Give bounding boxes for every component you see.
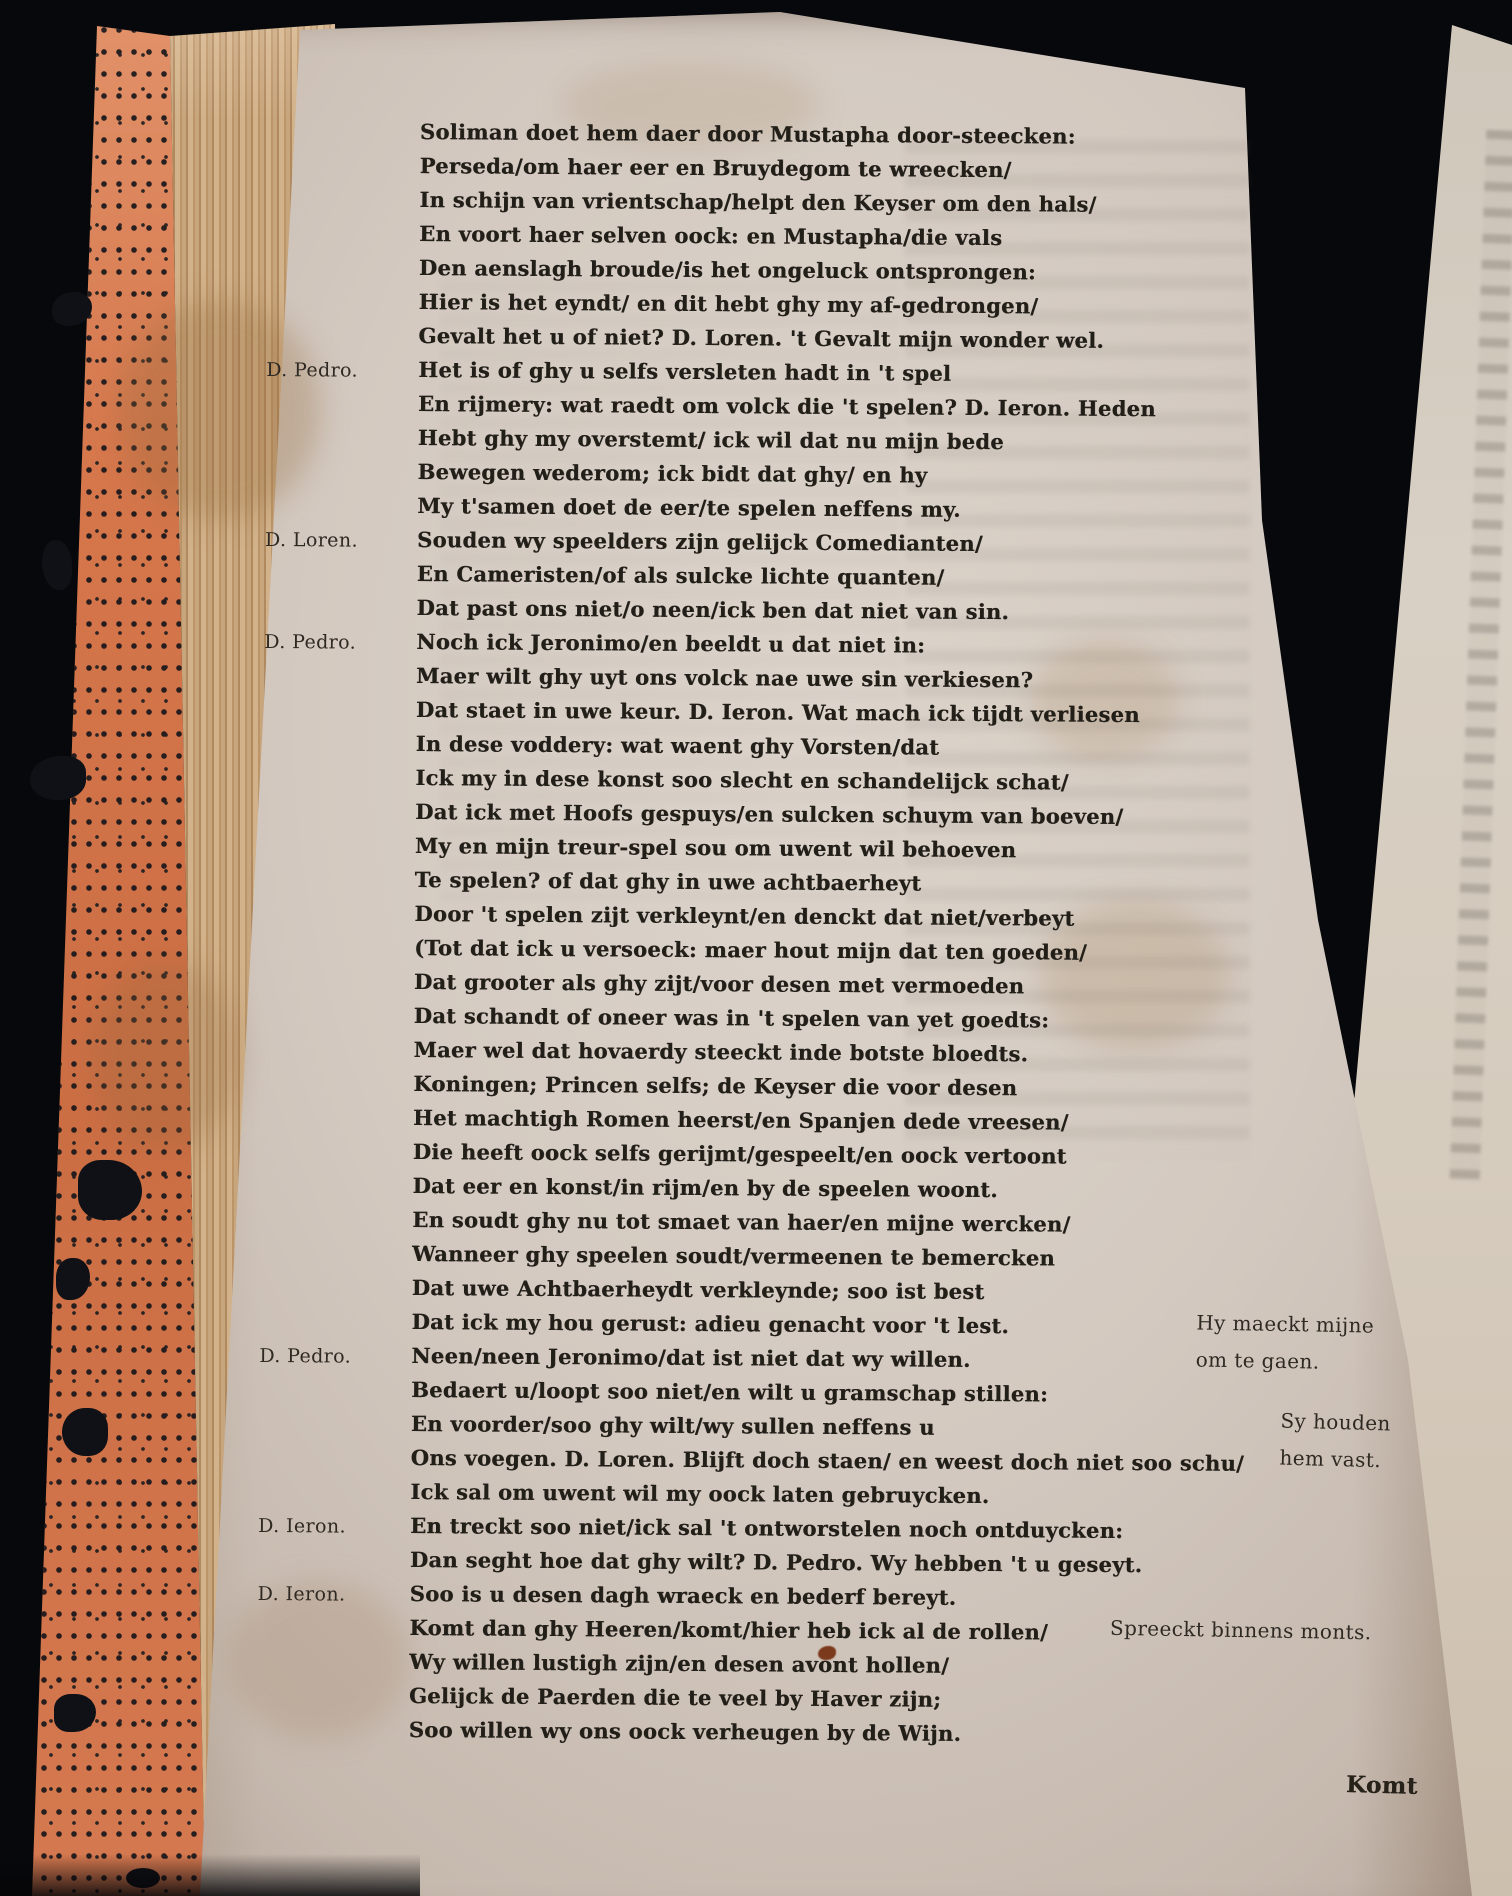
- speaker-label: D. Pedro.: [266, 359, 358, 382]
- stage-direction-line: hem vast.: [1279, 1440, 1390, 1480]
- verse-text: Het is of ghy u selfs versleten hadt in …: [418, 357, 951, 386]
- verse-text: Hier is het eyndt/ en dit hebt ghy my af…: [419, 289, 1039, 318]
- catchword: Komt: [1346, 1771, 1418, 1800]
- verse-text: Maer wel dat hovaerdy steeckt inde botst…: [413, 1037, 1028, 1066]
- speaker-label: D. Pedro.: [259, 1345, 351, 1368]
- stage-direction-line: Hy maeckt mijne: [1196, 1304, 1374, 1344]
- stage-direction: Sy houden hem vast.: [1279, 1403, 1391, 1480]
- speaker-label: D. Loren.: [265, 529, 358, 552]
- ink-spot: [62, 1408, 108, 1456]
- verse-lines: Soliman doet hem daer door Mustapha door…: [257, 118, 1388, 1758]
- ink-spot: [78, 1160, 142, 1220]
- verse-text: En voort haer selven oock: en Mustapha/d…: [419, 221, 1002, 250]
- verse-text: (Tot dat ick u versoeck: maer hout mijn …: [414, 935, 1087, 965]
- verse-text: Dat eer en konst/in rijm/en by de speele…: [412, 1173, 998, 1202]
- stage-direction-line: Sy houden: [1280, 1403, 1391, 1443]
- verse-text: In schijn van vrientschap/helpt den Keys…: [419, 187, 1096, 217]
- verse-text: Dat grooter als ghy zijt/voor desen met …: [414, 969, 1024, 998]
- verse-text: Dat ick my hou gerust: adieu genacht voo…: [412, 1309, 1010, 1338]
- verse-text: Dat staet in uwe keur. D. Ieron. Wat mac…: [416, 697, 1140, 727]
- verse-text: Soo willen wy ons oock verheugen by de W…: [409, 1717, 962, 1746]
- verse-text: Gevalt het u of niet? D. Loren. 't Geval…: [418, 323, 1104, 353]
- ink-spot: [30, 756, 86, 800]
- verse-text: En Cameristen/of als sulcke lichte quant…: [417, 561, 945, 590]
- verse-text: In dese voddery: wat waent ghy Vorsten/d…: [416, 731, 940, 760]
- verse-text: Te spelen? of dat ghy in uwe achtbaerhey…: [415, 867, 922, 896]
- stage-direction-line: om te gaen.: [1195, 1341, 1373, 1381]
- verse-text: Wanneer ghy speelen soudt/vermeenen te b…: [412, 1241, 1055, 1270]
- verse-text: Souden wy speelders zijn gelijck Comedia…: [417, 527, 983, 556]
- verse-text: Den aenslagh broude/is het ongeluck onts…: [419, 255, 1036, 284]
- ink-spot: [42, 540, 72, 590]
- verse-text: Dat schandt of oneer was in 't spelen va…: [414, 1003, 1050, 1032]
- verse-text: Die heeft oock selfs gerijmt/gespeelt/en…: [413, 1139, 1067, 1169]
- verse-text: My t'samen doet de eer/te spelen neffens…: [417, 493, 961, 522]
- verse-text: Bedaert u/loopt soo niet/en wilt u grams…: [411, 1377, 1048, 1406]
- verse-text: En soudt ghy nu tot smaet van haer/en mi…: [412, 1207, 1070, 1237]
- verse-text: My en mijn treur-spel sou om uwent wil b…: [415, 833, 1016, 862]
- stage-direction: Spreeckt binnens monts.: [1110, 1610, 1372, 1652]
- verse-text: Het machtigh Romen heerst/en Spanjen ded…: [413, 1105, 1069, 1135]
- verse-text: En voorder/soo ghy wilt/wy sullen neffen…: [411, 1411, 935, 1440]
- verse-text: Door 't spelen zijt verkleynt/en denckt …: [414, 901, 1074, 931]
- verse-text: Ons voegen. D. Loren. Blijft doch staen/…: [411, 1445, 1245, 1476]
- verse-text: Soliman doet hem daer door Mustapha door…: [420, 119, 1076, 149]
- verse-text: Maer wilt ghy uyt ons volck nae uwe sin …: [416, 663, 1033, 692]
- speaker-label: D. Pedro.: [264, 631, 356, 654]
- verse-text: Dan seght hoe dat ghy wilt? D. Pedro. Wy…: [410, 1547, 1142, 1577]
- verse-text: Wy willen lustigh zijn/en desen avont ho…: [409, 1649, 949, 1678]
- stage-direction: Hy maeckt mijne om te gaen.: [1195, 1304, 1374, 1381]
- speaker-label: D. Ieron.: [258, 1583, 346, 1606]
- bottom-shadow: [0, 1854, 420, 1896]
- book-photo: Soliman doet hem daer door Mustapha door…: [0, 0, 1512, 1896]
- verse-text: En treckt soo niet/ick sal 't ontworstel…: [410, 1513, 1123, 1543]
- verse-text: En rijmery: wat raedt om volck die 't sp…: [418, 391, 1156, 421]
- verse-text: Komt dan ghy Heeren/komt/hier heb ick al…: [409, 1615, 1048, 1644]
- verse-text: Soo is u desen dagh wraeck en bederf ber…: [410, 1581, 957, 1610]
- verse-text: Dat ick met Hoofs gespuys/en sulcken sch…: [415, 799, 1123, 829]
- verse-text: Dat uwe Achtbaerheydt verkleynde; soo is…: [412, 1275, 985, 1304]
- verse-text: Koningen; Princen selfs; de Keyser die v…: [413, 1071, 1017, 1100]
- verse-text: Bewegen wederom; ick bidt dat ghy/ en hy: [417, 459, 927, 488]
- verse-text: Ick my in dese konst soo slecht en schan…: [415, 765, 1068, 795]
- verse-text: Dat past ons niet/o neen/ick ben dat nie…: [416, 595, 1009, 624]
- ink-spot: [52, 292, 92, 326]
- verse-text: Gelijck de Paerden die te veel by Haver …: [409, 1683, 941, 1712]
- stain: [90, 960, 240, 1150]
- verse-text: Noch ick Jeronimo/en beeldt u dat niet i…: [416, 629, 925, 658]
- verse-text: Neen/neen Jeronimo/dat ist niet dat wy w…: [411, 1343, 970, 1372]
- stage-direction-line: Spreeckt binnens monts.: [1110, 1610, 1372, 1652]
- speaker-label: D. Ieron.: [258, 1515, 346, 1538]
- verse-text: Ick sal om uwent wil my oock laten gebru…: [410, 1479, 989, 1508]
- verse-text: Perseda/om haer eer en Bruydegom te wree…: [420, 153, 1012, 182]
- verse-text: Hebt ghy my overstemt/ ick wil dat nu mi…: [418, 425, 1004, 454]
